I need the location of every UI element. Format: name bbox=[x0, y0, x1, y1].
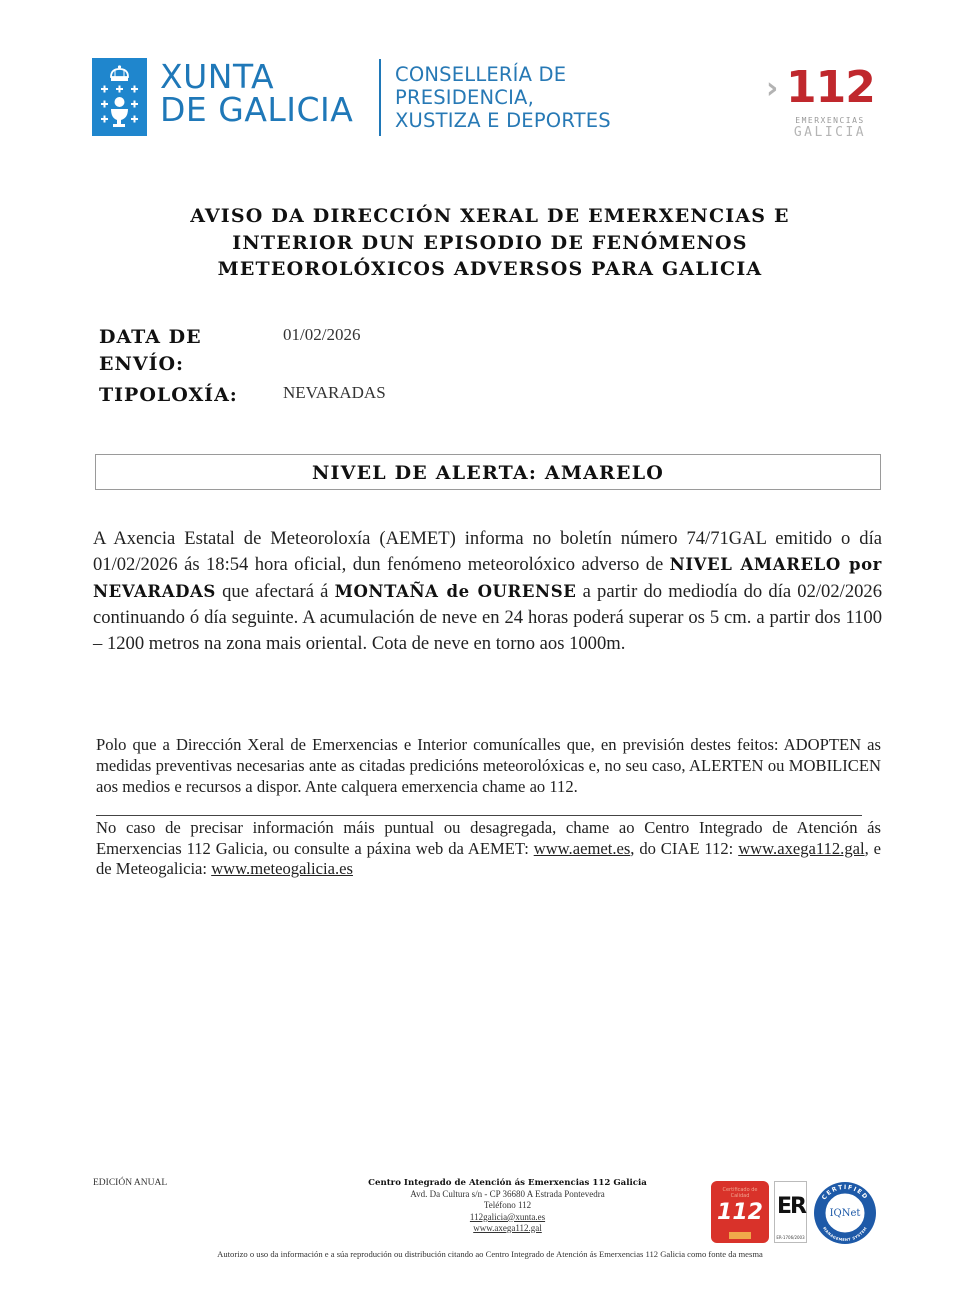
dept-line-3: XUSTIZA E DEPORTES bbox=[395, 109, 611, 132]
er-mark-icon: ER bbox=[777, 1194, 805, 1220]
org-line-2: DE GALICIA bbox=[160, 93, 353, 126]
header-divider bbox=[379, 59, 381, 136]
separator-line bbox=[96, 815, 862, 816]
logo-112-number: 112 bbox=[786, 64, 875, 112]
usage-disclaimer: Autorizo o uso da información e a súa re… bbox=[170, 1249, 810, 1259]
footer-email-link[interactable]: 112galicia@xunta.es bbox=[470, 1212, 545, 1222]
more-info-text-2: , do CIAE 112: bbox=[630, 839, 738, 858]
footer-phone: Teléfono 112 bbox=[350, 1200, 665, 1211]
logo-112-region: GALICIA bbox=[788, 126, 872, 140]
aenor-er-badge: ER ER-1706/2003 bbox=[774, 1181, 807, 1243]
type-value: NEVARADAS bbox=[283, 383, 386, 403]
quality-112-badge: Certificado de Calidad 112 bbox=[711, 1181, 769, 1243]
xunta-shield-logo bbox=[92, 58, 147, 136]
badge-112-bar bbox=[729, 1232, 751, 1239]
send-date-label: DATA DE ENVÍO: bbox=[99, 324, 202, 378]
dept-line-1: CONSELLERÍA DE bbox=[395, 63, 611, 86]
send-date-label-line-1: DATA DE bbox=[99, 324, 202, 351]
bulletin-affected-zone: MONTAÑA de OURENSE bbox=[335, 582, 577, 601]
footer-website-link[interactable]: www.axega112.gal bbox=[473, 1223, 542, 1233]
badge-112-number: 112 bbox=[711, 1201, 769, 1225]
send-date-value: 01/02/2026 bbox=[283, 325, 360, 345]
type-label: TIPOLOXÍA: bbox=[99, 382, 238, 409]
svg-text:IQNet: IQNet bbox=[830, 1208, 861, 1219]
xunta-de-galicia-wordmark: XUNTA DE GALICIA bbox=[160, 60, 353, 126]
meteogalicia-link[interactable]: www.meteogalicia.es bbox=[211, 859, 353, 878]
er-caption: ER-1706/2003 bbox=[775, 1235, 806, 1240]
title-line-2: INTERIOR DUN EPISODIO DE FENÓMENOS bbox=[120, 230, 860, 257]
galicia-coat-of-arms-icon bbox=[92, 58, 147, 136]
send-date-label-line-2: ENVÍO: bbox=[99, 351, 202, 378]
more-info-paragraph: No caso de precisar información máis pun… bbox=[96, 818, 881, 880]
footer-address: Avd. Da Cultura s/n - CP 36680 A Estrada… bbox=[350, 1189, 665, 1200]
alert-level-label: NIVEL DE ALERTA: AMARELO bbox=[312, 462, 664, 484]
footer-contact-block: Centro Integrado de Atención ás Emerxenc… bbox=[350, 1178, 665, 1234]
axega112-link[interactable]: www.axega112.gal bbox=[738, 839, 864, 858]
aemet-link[interactable]: www.aemet.es bbox=[534, 839, 631, 858]
org-line-1: XUNTA bbox=[160, 60, 353, 93]
edition-label: EDICIÓN ANUAL bbox=[93, 1178, 167, 1188]
alert-level-box: NIVEL DE ALERTA: AMARELO bbox=[95, 454, 881, 490]
title-line-1: AVISO DA DIRECCIÓN XERAL DE EMERXENCIAS … bbox=[120, 203, 860, 230]
bulletin-text-2: que afectará á bbox=[216, 581, 335, 602]
title-line-3: METEOROLÓXICOS ADVERSOS PARA GALICIA bbox=[120, 256, 860, 283]
recommendations-paragraph: Polo que a Dirección Xeral de Emerxencia… bbox=[96, 735, 881, 797]
emerxencias-112-logo: › 112 EMERXENCIAS GALICIA bbox=[766, 66, 876, 142]
dept-line-2: PRESIDENCIA, bbox=[395, 86, 611, 109]
iqnet-certified-badge: CERTIFIED MANAGEMENT SYSTEM IQNet bbox=[812, 1180, 878, 1246]
chevron-right-icon: › bbox=[766, 74, 778, 104]
department-name: CONSELLERÍA DE PRESIDENCIA, XUSTIZA E DE… bbox=[395, 63, 611, 132]
footer-center-title: Centro Integrado de Atención ás Emerxenc… bbox=[350, 1178, 665, 1189]
iqnet-seal-icon: CERTIFIED MANAGEMENT SYSTEM IQNet bbox=[812, 1180, 878, 1246]
bulletin-paragraph: A Axencia Estatal de Meteoroloxía (AEMET… bbox=[93, 526, 882, 657]
document-title: AVISO DA DIRECCIÓN XERAL DE EMERXENCIAS … bbox=[120, 203, 860, 283]
badge-112-caption: Certificado de Calidad bbox=[715, 1187, 765, 1199]
